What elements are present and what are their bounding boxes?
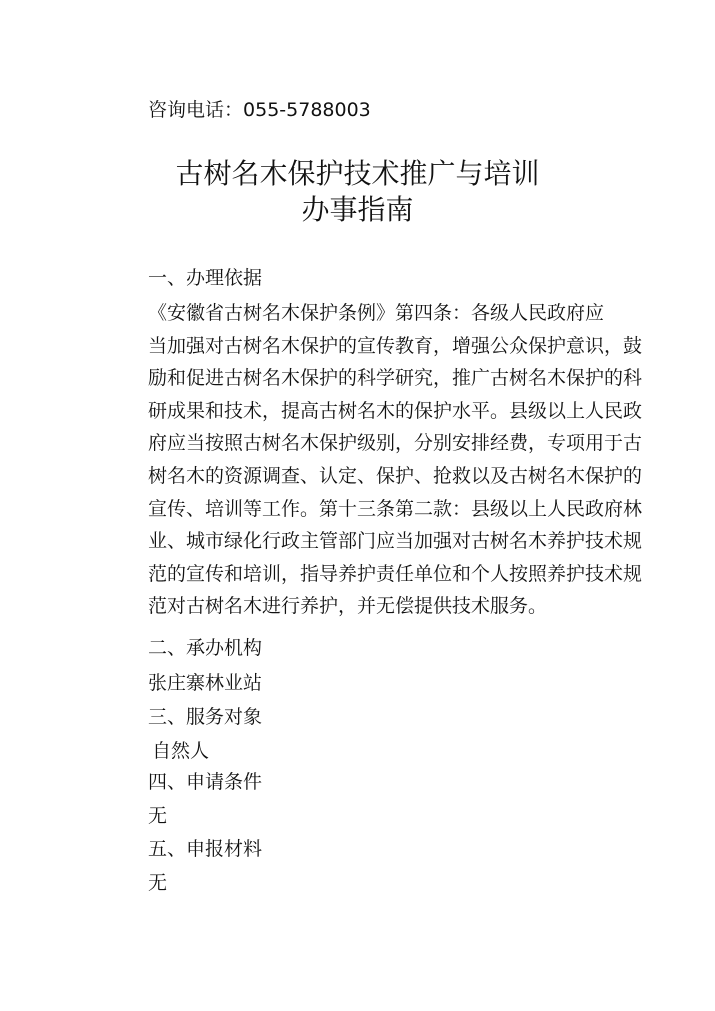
basis-paragraph: 《安徽省古树名木保护条例》第四条：各级人民政府应 当加强对古树名木保护的宣传教育… bbox=[148, 297, 608, 623]
basis-line: 宣传、培训等工作。第十三条第二款：县级以上人民政府林 bbox=[148, 493, 608, 526]
basis-line: 范对古树名木进行养护，并无偿提供技术服务。 bbox=[148, 590, 608, 623]
target-value: 自然人 bbox=[152, 739, 209, 763]
section-heading-target: 三、服务对象 bbox=[148, 705, 262, 729]
contact-label: 咨询电话： bbox=[148, 99, 243, 121]
section-heading-materials: 五、申报材料 bbox=[148, 837, 262, 861]
contact-line: 咨询电话：055-5788003 bbox=[148, 98, 371, 122]
basis-line: 树名木的资源调查、认定、保护、抢救以及古树名木保护的 bbox=[148, 460, 608, 493]
conditions-value: 无 bbox=[148, 804, 167, 828]
section-heading-conditions: 四、申请条件 bbox=[148, 770, 262, 794]
title-line-1: 古树名木保护技术推广与培训 bbox=[0, 156, 715, 192]
section-heading-basis: 一、办理依据 bbox=[148, 266, 262, 290]
basis-line: 范的宣传和培训，指导养护责任单位和个人按照养护技术规 bbox=[148, 558, 608, 591]
title-line-2: 办事指南 bbox=[0, 192, 715, 228]
basis-line: 业、城市绿化行政主管部门应当加强对古树名木养护技术规 bbox=[148, 525, 608, 558]
basis-line: 研成果和技术，提高古树名木的保护水平。县级以上人民政 bbox=[148, 395, 608, 428]
section-heading-agency: 二、承办机构 bbox=[148, 636, 262, 660]
contact-phone: 055-5788003 bbox=[243, 99, 371, 121]
materials-value: 无 bbox=[148, 871, 167, 895]
basis-line: 府应当按照古树名木保护级别，分别安排经费，专项用于古 bbox=[148, 427, 608, 460]
basis-line: 励和促进古树名木保护的科学研究，推广古树名木保护的科 bbox=[148, 362, 608, 395]
basis-line: 当加强对古树名木保护的宣传教育，增强公众保护意识，鼓 bbox=[148, 330, 608, 363]
basis-line: 《安徽省古树名木保护条例》第四条：各级人民政府应 bbox=[148, 297, 608, 330]
agency-value: 张庄寨林业站 bbox=[148, 671, 262, 695]
